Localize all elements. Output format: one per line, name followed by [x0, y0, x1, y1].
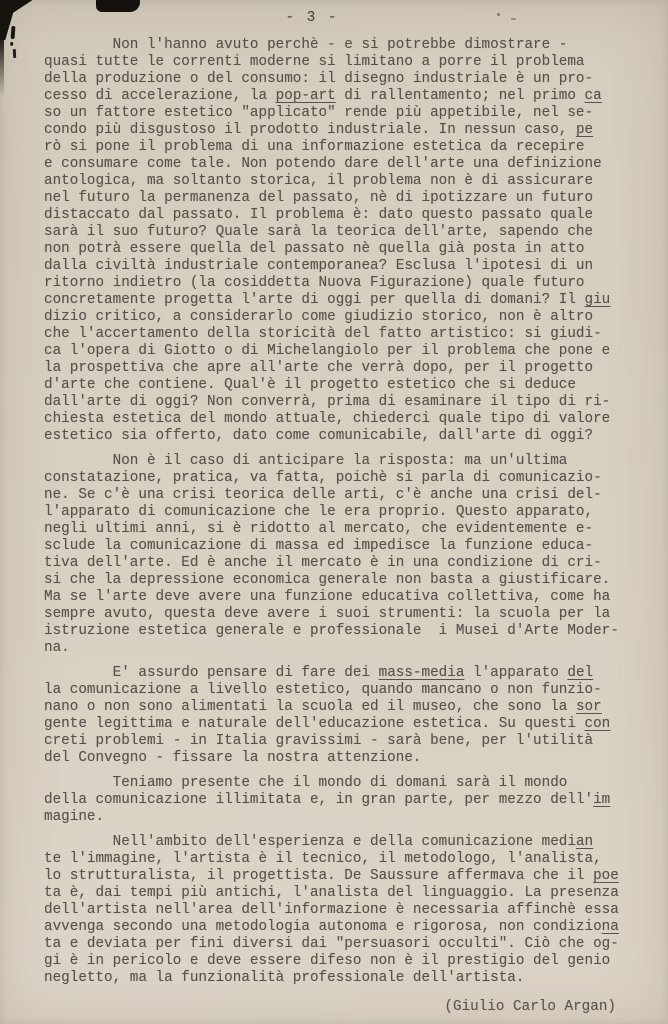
- text-segment: Non l'hanno avuto perchè - e si potrebbe…: [44, 37, 567, 53]
- text-line: Nell'ambito dell'esperienza e della comu…: [44, 834, 644, 851]
- underlined-text: con: [585, 716, 611, 732]
- text-segment: l'apparato di comunicazione che le era p…: [44, 504, 593, 520]
- paragraph: Non l'hanno avuto perchè - e si potrebbe…: [44, 37, 644, 445]
- paragraph: E' assurdo pensare di fare dei mass-medi…: [44, 665, 644, 767]
- text-line: della comunicazione illimitata e, in gra…: [44, 792, 644, 809]
- text-segment: rò si pone il problema di una informazio…: [44, 139, 585, 155]
- document-body: Non l'hanno avuto perchè - e si potrebbe…: [44, 37, 644, 987]
- text-line: ta e deviata per fini diversi dai "persu…: [44, 936, 644, 953]
- text-line: d'arte che contiene. Qual'è il progetto …: [44, 377, 644, 394]
- paragraph: Nell'ambito dell'esperienza e della comu…: [44, 834, 644, 987]
- text-line: antologica, ma soltanto storica, il prob…: [44, 173, 644, 190]
- text-line: negli ultimi anni, si è ridotto al merca…: [44, 521, 644, 538]
- text-line: dalla civiltà industriale contemporanea?…: [44, 258, 644, 275]
- text-segment: e consumare come tale. Non potendo dare …: [44, 156, 602, 172]
- ink-mark: [13, 49, 16, 58]
- text-segment: gente legittima e naturale dell'educazio…: [44, 716, 585, 732]
- text-segment: avvenga secondo una metodologia autonoma…: [44, 919, 602, 935]
- ink-mark: [11, 26, 16, 39]
- text-line: che l'accertamento della storicità del f…: [44, 326, 644, 343]
- text-line: non potrà essere quella del passato nè q…: [44, 241, 644, 258]
- text-line: si che la depressione economica generale…: [44, 572, 644, 589]
- text-segment: dalla civiltà industriale contemporanea?…: [44, 258, 593, 274]
- text-line: avvenga secondo una metodologia autonoma…: [44, 919, 644, 936]
- text-line: Ma se l'arte deve avere una funzione edu…: [44, 589, 644, 606]
- text-segment: sclude la comunicazione di massa ed impe…: [44, 538, 593, 554]
- text-segment: di rallentamento; nel primo: [336, 88, 585, 104]
- text-segment: ne. Se c'è una crisi teorica delle arti,…: [44, 487, 602, 503]
- text-segment: magine.: [44, 809, 104, 825]
- text-segment: ta è, dai tempi più antichi, l'analista …: [44, 885, 619, 901]
- text-segment: constatazione, pratica, va fatta, poichè…: [44, 470, 602, 486]
- text-segment: na.: [44, 640, 70, 656]
- text-line: te l'immagine, l'artista è il tecnico, i…: [44, 851, 644, 868]
- text-line: nel futuro la permanenza del passato, nè…: [44, 190, 644, 207]
- text-line: dall'arte di oggi? Non converrà, prima d…: [44, 394, 644, 411]
- underlined-text: sor: [576, 699, 602, 715]
- text-line: condo più disgustoso il prodotto industr…: [44, 122, 644, 139]
- text-segment: l'apparato: [464, 665, 567, 681]
- text-line: chiesta estetica del mondo attuale, chie…: [44, 411, 644, 428]
- text-line: na.: [44, 640, 644, 657]
- text-line: gente legittima e naturale dell'educazio…: [44, 716, 644, 733]
- text-line: ritorno indietro (la cosiddetta Nuova Fi…: [44, 275, 644, 292]
- text-segment: cesso di accelerazione, la: [44, 88, 276, 104]
- underlined-text: del: [567, 665, 593, 681]
- text-line: creti problemi - in Italia gravissimi - …: [44, 733, 644, 750]
- text-segment: quasi tutte le correnti moderne si limit…: [44, 54, 585, 70]
- underlined-text: pe: [576, 122, 593, 138]
- text-line: ne. Se c'è una crisi teorica delle arti,…: [44, 487, 644, 504]
- text-segment: ritorno indietro (la cosiddetta Nuova Fi…: [44, 275, 585, 291]
- text-line: ca l'opera di Giotto o di Michelangiolo …: [44, 343, 644, 360]
- text-segment: d'arte che contiene. Qual'è il progetto …: [44, 377, 576, 393]
- text-segment: negli ultimi anni, si è ridotto al merca…: [44, 521, 593, 537]
- text-line: so un fattore estetico "applicato" rende…: [44, 105, 644, 122]
- underlined-text: ca: [585, 88, 602, 104]
- text-segment: creti problemi - in Italia gravissimi - …: [44, 733, 593, 749]
- text-line: del Convegno - fissare la nostra attenzi…: [44, 750, 644, 767]
- text-line: la prospettiva che apre all'arte che ver…: [44, 360, 644, 377]
- underlined-text: mass-media: [379, 665, 465, 681]
- text-line: istruzione estetica generale e professio…: [44, 623, 644, 640]
- text-line: sempre avuto, questa deve avere i suoi s…: [44, 606, 644, 623]
- text-line: concretamente progetta l'arte di oggi pe…: [44, 292, 644, 309]
- text-line: Non è il caso di anticipare la risposta:…: [44, 453, 644, 470]
- text-line: Teniamo presente che il mondo di domani …: [44, 775, 644, 792]
- text-line: distaccato dal passato. Il problema è: d…: [44, 207, 644, 224]
- text-segment: E' assurdo pensare di fare dei: [44, 665, 379, 681]
- paragraph: Teniamo presente che il mondo di domani …: [44, 775, 644, 826]
- text-line: rò si pone il problema di una informazio…: [44, 139, 644, 156]
- underlined-text: im: [593, 792, 610, 808]
- text-segment: sempre avuto, questa deve avere i suoi s…: [44, 606, 610, 622]
- text-line: constatazione, pratica, va fatta, poichè…: [44, 470, 644, 487]
- text-segment: te l'immagine, l'artista è il tecnico, i…: [44, 851, 602, 867]
- text-segment: si che la depressione economica generale…: [44, 572, 610, 588]
- text-line: l'apparato di comunicazione che le era p…: [44, 504, 644, 521]
- underlined-text: pop-art: [276, 88, 336, 104]
- text-segment: Teniamo presente che il mondo di domani …: [44, 775, 567, 791]
- text-segment: nano o non sono alimentati la scuola ed …: [44, 699, 576, 715]
- text-segment: concretamente progetta l'arte di oggi pe…: [44, 292, 585, 308]
- text-line: cesso di accelerazione, la pop-art di ra…: [44, 88, 644, 105]
- text-line: E' assurdo pensare di fare dei mass-medi…: [44, 665, 644, 682]
- text-segment: distaccato dal passato. Il problema è: d…: [44, 207, 593, 223]
- text-line: estetico sia offerto, dato come comunica…: [44, 428, 644, 445]
- text-segment: ca l'opera di Giotto o di Michelangiolo …: [44, 343, 610, 359]
- underlined-text: na: [602, 919, 619, 935]
- text-segment: estetico sia offerto, dato come comunica…: [44, 428, 593, 444]
- text-segment: sarà il suo futuro? Quale sarà la teoric…: [44, 224, 593, 240]
- text-line: della produzione o del consumo: il diseg…: [44, 71, 644, 88]
- text-segment: condo più disgustoso il prodotto industr…: [44, 122, 576, 138]
- text-line: ta è, dai tempi più antichi, l'analista …: [44, 885, 644, 902]
- text-segment: tiva dell'arte. Ed è anche il mercato è …: [44, 555, 602, 571]
- text-segment: gi è in pericolo e deve essere difeso no…: [44, 953, 610, 969]
- text-segment: ta e deviata per fini diversi dai "persu…: [44, 936, 619, 952]
- text-segment: la prospettiva che apre all'arte che ver…: [44, 360, 593, 376]
- text-line: sarà il suo futuro? Quale sarà la teoric…: [44, 224, 644, 241]
- text-segment: istruzione estetica generale e professio…: [44, 623, 619, 639]
- text-segment: Nell'ambito dell'esperienza e della comu…: [44, 834, 576, 850]
- text-line: dell'artista nell'area dell'informazione…: [44, 902, 644, 919]
- text-line: negletto, ma la funzionalità professiona…: [44, 970, 644, 987]
- text-line: dizio critico, a considerarlo come giudi…: [44, 309, 644, 326]
- text-segment: so un fattore estetico "applicato" rende…: [44, 105, 593, 121]
- underlined-text: an: [576, 834, 593, 850]
- text-segment: dell'artista nell'area dell'informazione…: [44, 902, 619, 918]
- text-line: e consumare come tale. Non potendo dare …: [44, 156, 644, 173]
- scan-edge-artifact: [0, 36, 4, 96]
- underlined-text: poe: [593, 868, 619, 884]
- text-segment: la comunicazione a livello estetico, qua…: [44, 682, 602, 698]
- text-segment: lo strutturalista, il progettista. De Sa…: [44, 868, 593, 884]
- text-line: quasi tutte le correnti moderne si limit…: [44, 54, 644, 71]
- paragraph: Non è il caso di anticipare la risposta:…: [44, 453, 644, 657]
- text-line: lo strutturalista, il progettista. De Sa…: [44, 868, 644, 885]
- text-segment: Non è il caso di anticipare la risposta:…: [44, 453, 567, 469]
- text-segment: chiesta estetica del mondo attuale, chie…: [44, 411, 610, 427]
- text-segment: della comunicazione illimitata e, in gra…: [44, 792, 593, 808]
- text-segment: nel futuro la permanenza del passato, nè…: [44, 190, 593, 206]
- typewritten-page: - 3 - Non l'hanno avuto perchè - e si po…: [0, 0, 668, 1024]
- text-segment: che l'accertamento della storicità del f…: [44, 326, 602, 342]
- text-segment: della produzione o del consumo: il diseg…: [44, 71, 593, 87]
- text-line: nano o non sono alimentati la scuola ed …: [44, 699, 644, 716]
- text-segment: antologica, ma soltanto storica, il prob…: [44, 173, 593, 189]
- text-segment: dall'arte di oggi? Non converrà, prima d…: [44, 394, 610, 410]
- text-segment: negletto, ma la funzionalità professiona…: [44, 970, 524, 986]
- text-segment: dizio critico, a considerarlo come giudi…: [44, 309, 593, 325]
- signature: (Giulio Carlo Argan): [44, 999, 644, 1016]
- text-segment: Ma se l'arte deve avere una funzione edu…: [44, 589, 610, 605]
- text-segment: non potrà essere quella del passato nè q…: [44, 241, 585, 257]
- text-line: tiva dell'arte. Ed è anche il mercato è …: [44, 555, 644, 572]
- text-line: Non l'hanno avuto perchè - e si potrebbe…: [44, 37, 644, 54]
- underlined-text: giu: [585, 292, 611, 308]
- page-number: - 3 -: [12, 10, 612, 27]
- text-segment: del Convegno - fissare la nostra attenzi…: [44, 750, 422, 766]
- text-line: magine.: [44, 809, 644, 826]
- text-line: la comunicazione a livello estetico, qua…: [44, 682, 644, 699]
- text-line: sclude la comunicazione di massa ed impe…: [44, 538, 644, 555]
- text-line: gi è in pericolo e deve essere difeso no…: [44, 953, 644, 970]
